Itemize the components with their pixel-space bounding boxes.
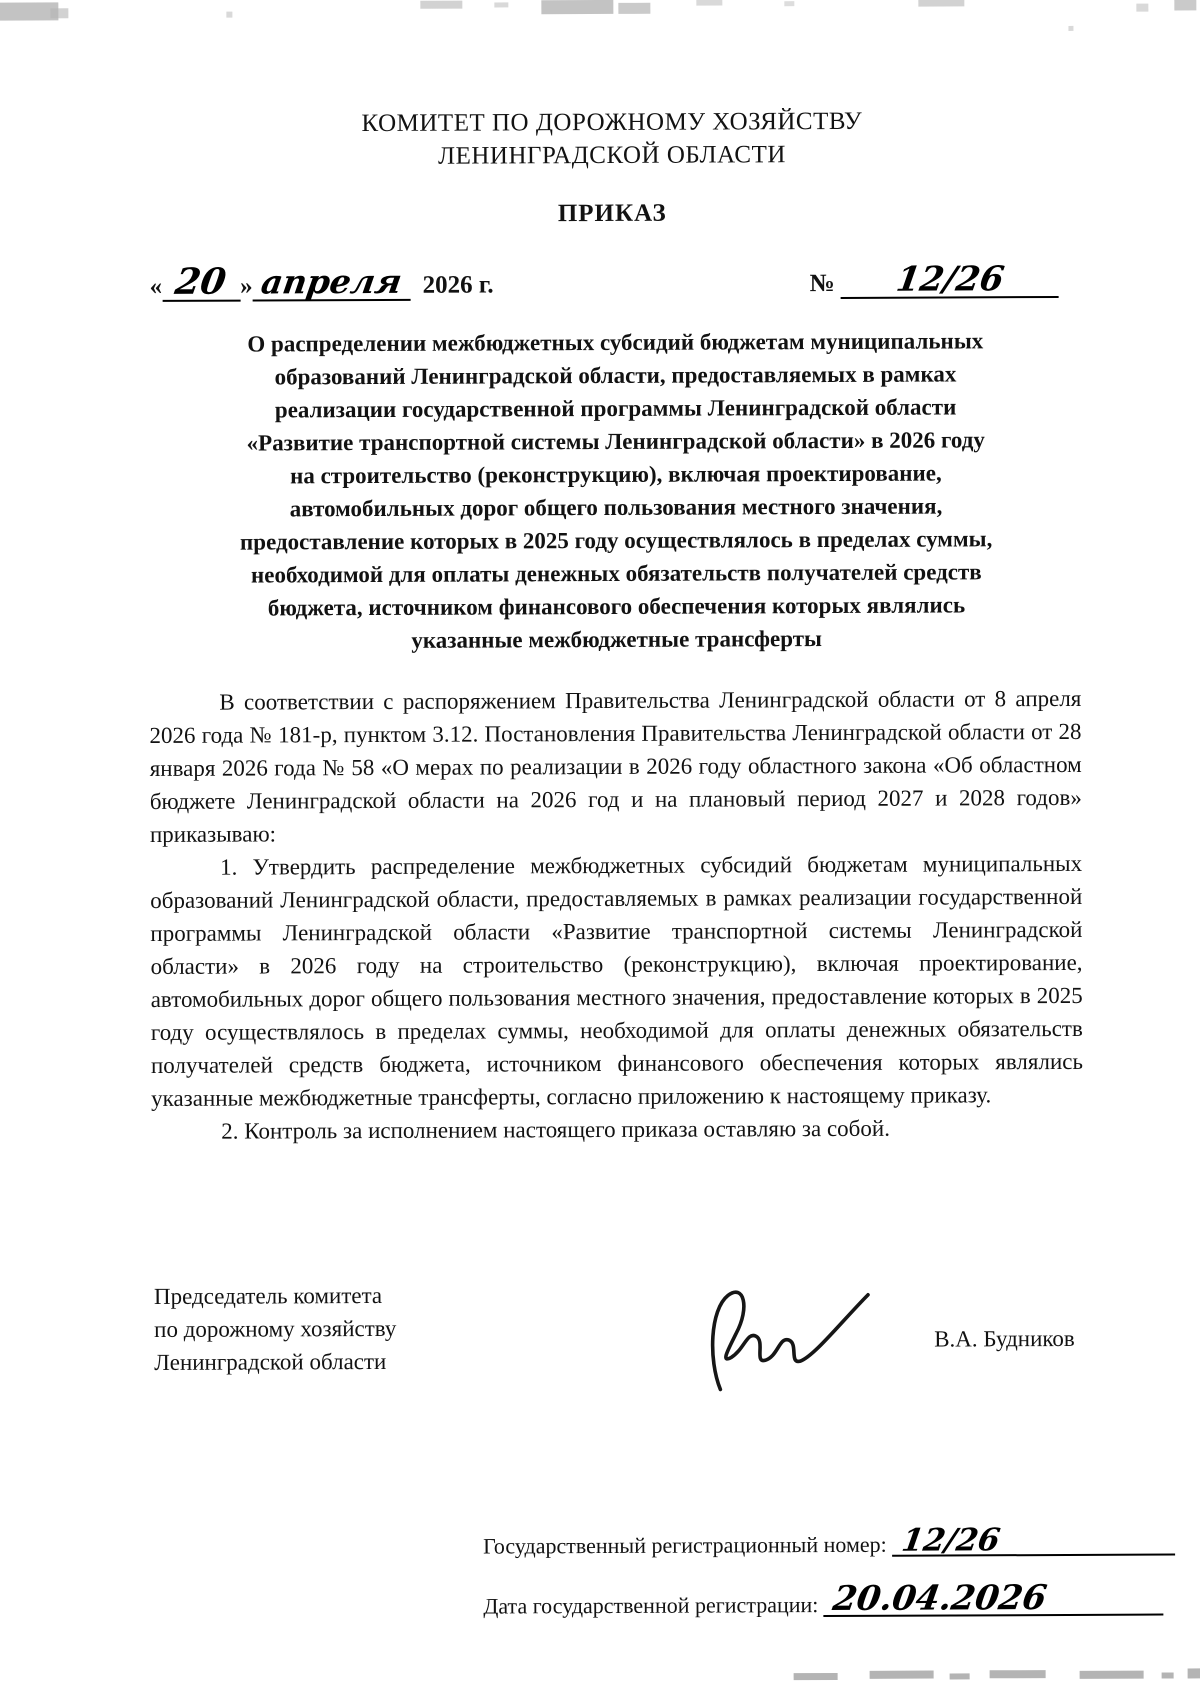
scan-artifact <box>420 1 462 9</box>
registration-date-label: Дата государственной регистрации: <box>483 1592 818 1618</box>
order-title-line: на строительство (реконструкцию), включа… <box>148 456 1083 493</box>
signature-icon <box>690 1279 881 1398</box>
handwritten-month: апреля <box>260 269 404 296</box>
date-field: «20»апреля2026 г. <box>149 267 493 302</box>
signer-position-line: Председатель комитета <box>154 1279 396 1313</box>
scan-artifact <box>1136 4 1148 12</box>
order-title-line: указанные межбюджетные трансферты <box>149 621 1084 658</box>
order-title: О распределении межбюджетных субсидий бю… <box>148 324 1084 658</box>
scan-artifact <box>50 8 68 18</box>
scan-artifact <box>1162 1673 1174 1679</box>
intro-paragraph: В соответствии с распоряжением Правитель… <box>149 682 1082 851</box>
registration-date-underline: 20.04.2026 <box>823 1586 1163 1617</box>
scan-artifact <box>1188 1668 1200 1678</box>
number-underline: 12/26 <box>841 266 1059 299</box>
registration-number-underline: 12/26 <box>892 1525 1175 1556</box>
signer-position-line: Ленинградской области <box>154 1345 396 1379</box>
registration-date-row: Дата государственной регистрации:20.04.2… <box>483 1585 1200 1622</box>
signer-position-line: по дорожному хозяйству <box>154 1312 396 1346</box>
scan-artifact <box>226 12 232 18</box>
handwritten-registration-number: 12/26 <box>899 1522 1002 1558</box>
registration-block: Государственный регистрационный номер:12… <box>483 1525 1200 1622</box>
handwritten-day: 20 <box>174 269 228 295</box>
order-title-line: необходимой для оплаты денежных обязател… <box>149 555 1084 592</box>
close-quote: » <box>240 273 253 300</box>
order-title-line: предоставление которых в 2025 году осуще… <box>149 522 1084 559</box>
scan-artifact <box>784 1 794 6</box>
scan-artifact <box>950 1673 970 1679</box>
signer-name: В.А. Будников <box>934 1326 1075 1353</box>
order-title-line: образований Ленинградской области, предо… <box>148 357 1083 394</box>
number-field: № 12/26 <box>809 266 1059 299</box>
scan-artifact <box>794 1673 838 1680</box>
order-title-line: О распределении межбюджетных субсидий бю… <box>148 324 1083 361</box>
signer-position: Председатель комитета по дорожному хозяй… <box>154 1279 397 1379</box>
scan-artifact <box>918 0 964 7</box>
scan-artifact <box>1174 0 1196 10</box>
order-title-line: бюджета, источником финансового обеспече… <box>149 588 1084 625</box>
year-label: 2026 г. <box>423 271 494 298</box>
signature-block: Председатель комитета по дорожному хозяй… <box>152 1276 1083 1420</box>
order-item-1: 1. Утвердить распределение межбюджетных … <box>150 847 1083 1115</box>
scan-artifact <box>870 1671 934 1679</box>
scan-artifact <box>618 3 650 14</box>
scan-artifact <box>494 2 508 7</box>
document-type-heading: ПРИКАЗ <box>147 198 1077 230</box>
organization-header: КОМИТЕТ ПО ДОРОЖНОМУ ХОЗЯЙСТВУ ЛЕНИНГРАД… <box>147 104 1077 174</box>
scan-artifact <box>990 1670 1046 1678</box>
order-title-line: реализации государственной программы Лен… <box>148 390 1083 427</box>
registration-number-label: Государственный регистрационный номер: <box>483 1532 887 1559</box>
number-sign: № <box>810 270 835 297</box>
scan-artifact <box>1068 26 1073 31</box>
organization-name-line: ЛЕНИНГРАДСКОЙ ОБЛАСТИ <box>147 137 1077 174</box>
order-item-2: 2. Контроль за исполнением настоящего пр… <box>151 1111 1083 1148</box>
date-number-row: «20»апреля2026 г. № 12/26 <box>147 246 1077 302</box>
order-title-line: «Развитие транспортной системы Ленинград… <box>148 423 1083 460</box>
open-quote: « <box>150 273 163 300</box>
scan-artifact <box>696 0 722 6</box>
organization-name-line: КОМИТЕТ ПО ДОРОЖНОМУ ХОЗЯЙСТВУ <box>147 104 1077 141</box>
month-underline: апреля <box>252 269 410 302</box>
day-underline: 20 <box>162 269 240 302</box>
registration-number-row: Государственный регистрационный номер:12… <box>483 1525 1200 1562</box>
handwritten-registration-date: 20.04.2026 <box>830 1578 1049 1619</box>
order-title-line: автомобильных дорог общего пользования м… <box>148 489 1083 526</box>
scanned-order-page: КОМИТЕТ ПО ДОРОЖНОМУ ХОЗЯЙСТВУ ЛЕНИНГРАД… <box>0 0 1200 1687</box>
handwritten-number: 12/26 <box>894 266 1005 292</box>
scan-artifact <box>541 0 613 14</box>
order-body: В соответствии с распоряжением Правитель… <box>149 682 1083 1148</box>
scan-artifact <box>1080 1671 1144 1679</box>
